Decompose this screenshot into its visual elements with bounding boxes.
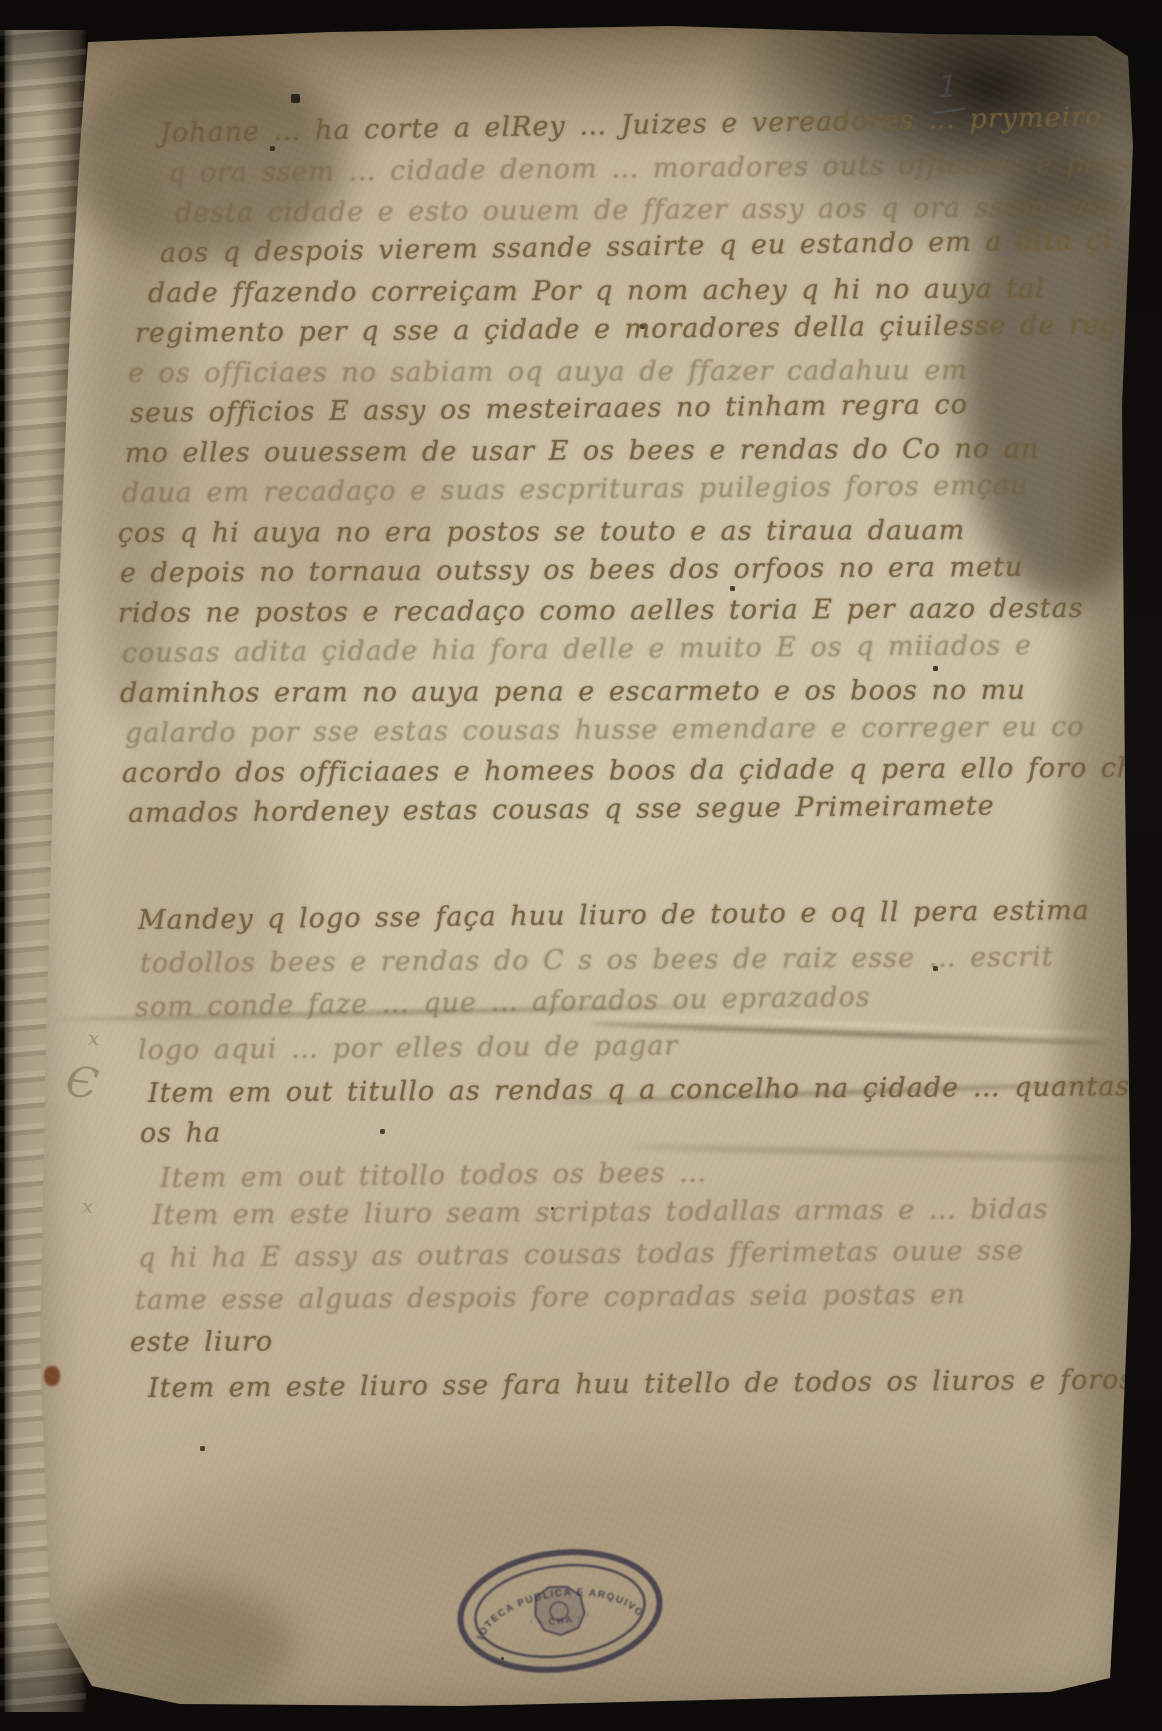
- manuscript-line: e depois no tornaua outssy os bees dos o…: [120, 552, 1024, 589]
- manuscript-line: Item em out titollo todos os bees …: [160, 1157, 707, 1194]
- manuscript-page: 1 Johane … ha corte a elRey … Juizes e v…: [30, 26, 1136, 1714]
- manuscript-line: ços q hi auya no era postos se touto e a…: [118, 515, 965, 549]
- manuscript-line: Item em out titullo as rendas q a concel…: [148, 1071, 1130, 1109]
- manuscript-line: Item em este liuro sse fara huu titello …: [148, 1364, 1135, 1404]
- ink-specks: [30, 26, 31, 27]
- manuscript-line: todollos bees e rendas do C s os bees de…: [140, 942, 1054, 979]
- manuscript-line: este liuro: [130, 1326, 273, 1358]
- manuscript-line: q hi ha E assy as outras cousas todas ff…: [138, 1235, 1024, 1274]
- manuscript-line: logo aqui … por elles dou de pagar: [138, 1030, 679, 1066]
- manuscript-line: som conde faze … que … aforados ou epraz…: [135, 982, 871, 1023]
- margin-tick: x: [82, 1194, 93, 1218]
- manuscript-line: cousas adita çidade hia fora delle e mui…: [122, 630, 1032, 669]
- manuscript-line: regimento per q sse a çidade e moradores…: [135, 309, 1149, 349]
- manuscript-line: daminhos eram no auya pena e escarmeto e…: [120, 675, 1026, 709]
- manuscript-line: os ha: [140, 1118, 221, 1149]
- manuscript-line: Item em este liuro seam scriptas todalla…: [152, 1194, 1049, 1231]
- manuscript-line: seus officios E assy os mesteiraaes no t…: [130, 389, 968, 429]
- manuscript-line: e os officiaes no sabiam oq auya de ffaz…: [128, 355, 968, 389]
- manuscript-line: desta cidade e esto ouuem de ffazer assy…: [175, 191, 1139, 229]
- manuscript-line: ridos ne postos e recadaço como aelles t…: [118, 593, 1084, 629]
- archive-stamp: BIBLIOTECA PUBLICA E ARQUIVO DIST · · CH…: [432, 1522, 688, 1700]
- margin-flourish: Є: [63, 1056, 102, 1109]
- page-number: 1: [938, 70, 957, 105]
- manuscript-line: tame esse alguas despois fore copradas s…: [135, 1279, 966, 1316]
- photo-backdrop: 1 Johane … ha corte a elRey … Juizes e v…: [0, 0, 1162, 1731]
- manuscript-line: galardo por sse estas cousas husse emend…: [125, 711, 1085, 749]
- manuscript-line: Johane … ha corte a elRey … Juizes e ver…: [160, 102, 1103, 149]
- margin-tick: x: [88, 1026, 99, 1050]
- manuscript-line: q ora ssem … cidade denom … moradores ou…: [168, 147, 1162, 189]
- manuscript-line: mo elles ouuessem de usar E os bees e re…: [125, 433, 1039, 469]
- manuscript-line: amados hordeney estas cousas q sse segue…: [128, 790, 995, 829]
- red-wax-spot: [44, 1366, 60, 1386]
- manuscript-line: daua em recadaço e suas escprituras puil…: [122, 470, 1029, 509]
- manuscript-line: dade ffazendo correiçam Por q nom achey …: [148, 273, 1045, 309]
- manuscript-line: Mandey q logo sse faça huu liuro de tout…: [138, 895, 1090, 936]
- manuscript-line: acordo dos officiaaes e homees boos da ç…: [122, 753, 1136, 789]
- manuscript-line: aos q despois vierem ssande ssairte q eu…: [160, 225, 1113, 269]
